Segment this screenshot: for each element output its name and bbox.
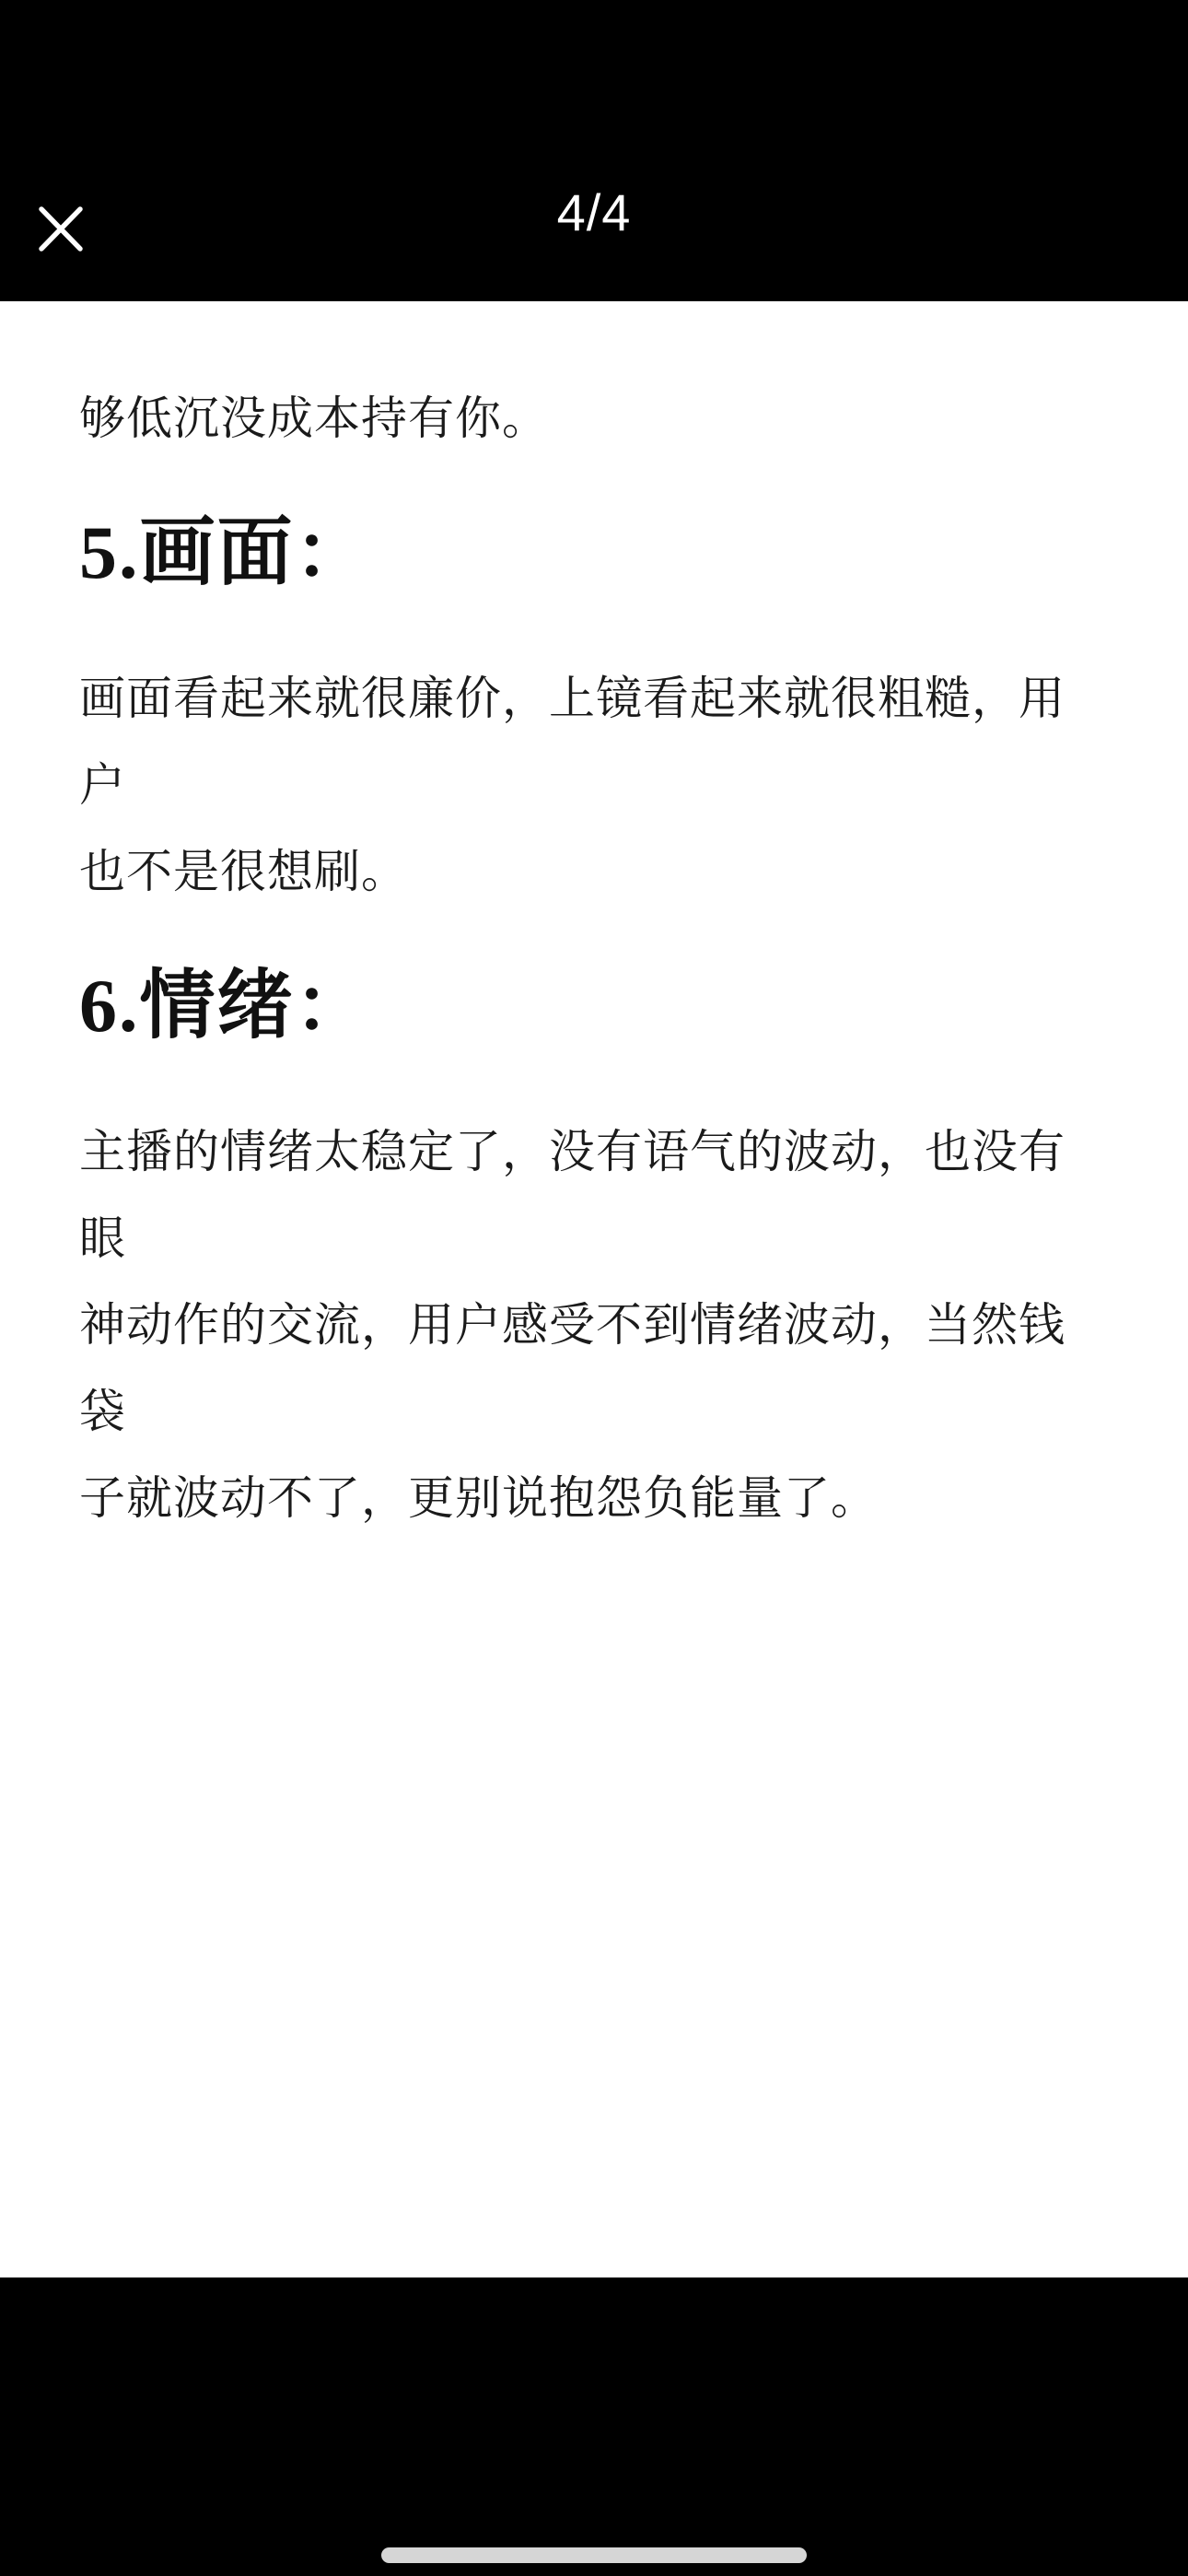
paragraph-line: 主播的情绪太稳定了，没有语气的波动，也没有眼	[79, 1108, 1109, 1282]
section-5-paragraph: 画面看起来就很廉价，上镜看起来就很粗糙，用户 也不是很想刷。	[79, 655, 1109, 915]
home-indicator[interactable]	[381, 2547, 807, 2563]
section-heading-5: 5.画面：	[79, 506, 1109, 600]
image-viewer-screen: 4/4 够低沉没成本持有你。 5.画面： 画面看起来就很廉价，上镜看起来就很粗糙…	[0, 0, 1188, 2576]
viewer-footer	[0, 2277, 1188, 2576]
paragraph-line: 画面看起来就很廉价，上镜看起来就很粗糙，用户	[79, 655, 1109, 828]
viewer-header: 4/4	[0, 0, 1188, 301]
section-heading-6: 6.情绪：	[79, 959, 1109, 1053]
intro-line: 够低沉没成本持有你。	[79, 375, 1109, 462]
document-page[interactable]: 够低沉没成本持有你。 5.画面： 画面看起来就很廉价，上镜看起来就很粗糙，用户 …	[0, 301, 1188, 2277]
paragraph-line: 也不是很想刷。	[79, 828, 1109, 915]
page-indicator: 4/4	[0, 184, 1188, 241]
paragraph-line: 子就波动不了，更别说抱怨负能量了。	[79, 1455, 1109, 1541]
paragraph-line: 神动作的交流，用户感受不到情绪波动，当然钱袋	[79, 1282, 1109, 1455]
section-6-paragraph: 主播的情绪太稳定了，没有语气的波动，也没有眼 神动作的交流，用户感受不到情绪波动…	[79, 1108, 1109, 1541]
